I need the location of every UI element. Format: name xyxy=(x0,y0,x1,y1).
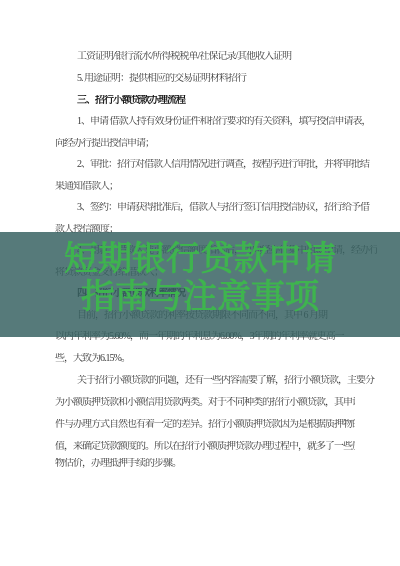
doc-line: 值，来确定贷款额度的。所以在招行小额质押贷款办理过程中，就多了一些质押 xyxy=(55,441,355,453)
overlay-title: 短期银行贷款申请 指南与注意事项 xyxy=(0,240,400,316)
doc-line: 3、签约：申请获得批准后，借款人与招行签订信用授信协议，招行给予借 xyxy=(77,202,377,214)
doc-line: 件与办理方式自然也有着一定的差异。招行小额质押贷款因为是根据质押物的价 xyxy=(55,419,355,431)
doc-line: 为小额质押贷款和小额信用贷款两类。对于不同种类的招行小额贷款，其申请条 xyxy=(55,397,355,409)
doc-line: 2、审批：招行对借款人信用情况进行调查，按程序进行审批，并将审批结 xyxy=(77,159,377,171)
doc-line: 1、申请 借款人持有效身份证件和招行要求的有关资料，填写授信申请表， xyxy=(77,116,377,128)
document-page: 工资证明/银行流水/所得税税单/社保记录/其他收入证明 5. 用途证明：提供相应… xyxy=(0,0,400,566)
doc-line: 向经办行提出授信申请； xyxy=(55,138,355,150)
overlay-title-line1: 短期银行贷款申请 xyxy=(0,240,400,278)
doc-line: 关于招行小额贷款的问题，还有一些内容需要了解，招行小额贷款，主要分 xyxy=(77,375,377,387)
doc-heading-section3: 三、招行小额贷款办理流程 xyxy=(77,95,377,107)
doc-line: 5. 用途证明：提供相应的交易证明材料招行 xyxy=(77,73,377,85)
doc-line: 工资证明/银行流水/所得税税单/社保记录/其他收入证明 xyxy=(77,51,377,63)
doc-line: 物估价，办理抵押手续的步骤。 xyxy=(55,458,355,470)
overlay-title-line2: 指南与注意事项 xyxy=(0,278,400,316)
doc-line: 果通知借款人； xyxy=(55,181,355,193)
doc-line: 些，大致为6.15%。 xyxy=(55,353,355,365)
